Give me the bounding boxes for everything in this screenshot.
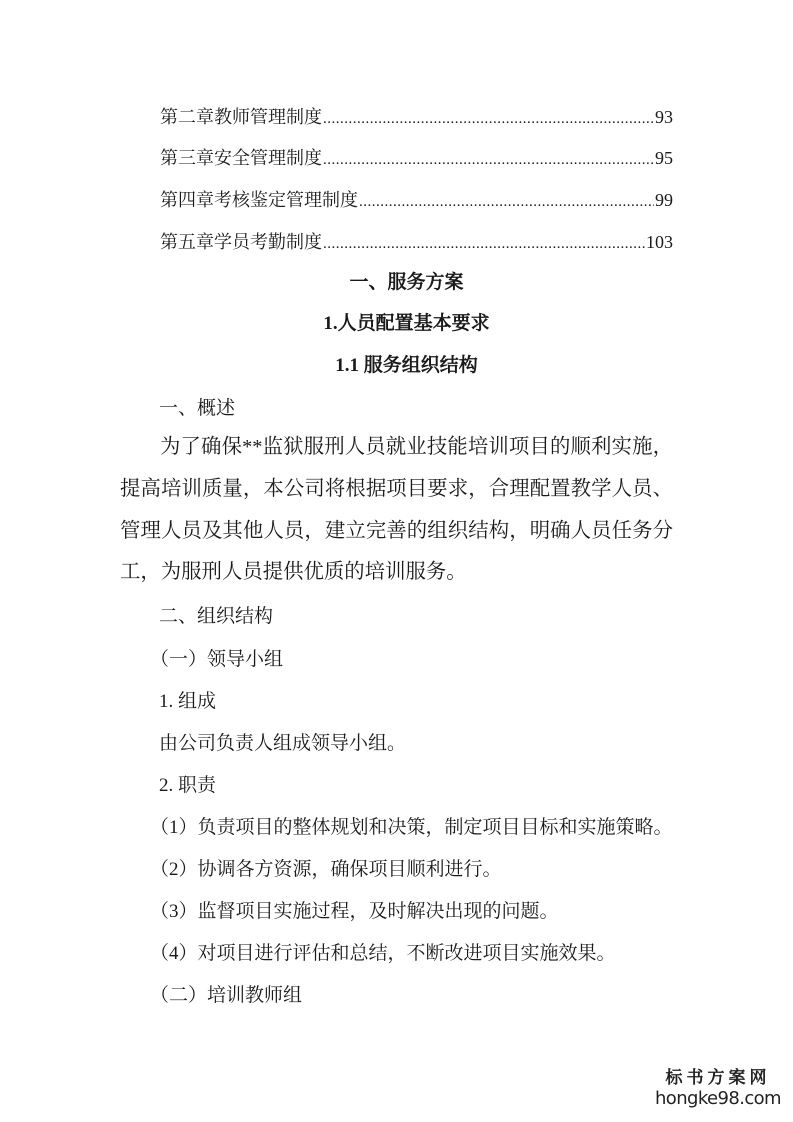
duty-item: （1）负责项目的整体规划和决策，制定项目目标和实施策略。 <box>120 815 673 841</box>
toc-leader-dots <box>323 148 654 172</box>
toc-entry-title: 第四章考核鉴定管理制度 <box>160 188 358 212</box>
watermark-url: hongke98.com <box>648 1088 788 1110</box>
toc-leader-dots <box>323 107 654 131</box>
toc-entry-title: 第五章学员考勤制度 <box>160 230 322 254</box>
duty-item: （4）对项目进行评估和总结，不断改进项目实施效果。 <box>120 941 673 967</box>
section-heading-level-1: 一、服务方案 <box>120 270 673 296</box>
toc-entry-title: 第三章安全管理制度 <box>160 146 322 170</box>
section-heading-level-2: 1.人员配置基本要求 <box>120 311 673 337</box>
toc-entry[interactable]: 第五章学员考勤制度 103 <box>160 230 673 254</box>
teacher-group-title: （二）培训教师组 <box>120 983 673 1009</box>
duty-item: （3）监督项目实施过程，及时解决出现的问题。 <box>120 899 673 925</box>
org-structure-title: 二、组织结构 <box>120 604 673 630</box>
leader-group-title: （一）领导小组 <box>120 647 673 673</box>
toc-leader-dots <box>323 232 645 256</box>
toc-entry[interactable]: 第四章考核鉴定管理制度 99 <box>160 188 673 212</box>
document-page: 第二章教师管理制度 93 第三章安全管理制度 95 第四章考核鉴定管理制度 99… <box>120 0 673 1122</box>
section-heading-level-3: 1.1 服务组织结构 <box>120 353 673 379</box>
toc-entry-page: 103 <box>646 230 673 254</box>
toc-entry-page: 95 <box>655 146 673 170</box>
toc-entry-page: 93 <box>655 105 673 129</box>
overview-title: 一、概述 <box>120 396 673 422</box>
toc-entry-page: 99 <box>655 188 673 212</box>
overview-paragraph: 为了确保**监狱服刑人员就业技能培训项目的顺利实施，提高培训质量，本公司将根据项… <box>120 427 673 594</box>
toc-entry[interactable]: 第二章教师管理制度 93 <box>160 105 673 129</box>
watermark-name: 标书方案网 <box>648 1068 788 1088</box>
composition-text: 由公司负责人组成领导小组。 <box>120 731 673 757</box>
duties-title: 2. 职责 <box>120 773 673 799</box>
toc-leader-dots <box>359 190 654 214</box>
composition-title: 1. 组成 <box>120 689 673 715</box>
toc-entry-title: 第二章教师管理制度 <box>160 105 322 129</box>
toc-entry[interactable]: 第三章安全管理制度 95 <box>160 146 673 170</box>
site-watermark: 标书方案网 hongke98.com <box>648 1068 788 1110</box>
duty-item: （2）协调各方资源，确保项目顺利进行。 <box>120 857 673 883</box>
